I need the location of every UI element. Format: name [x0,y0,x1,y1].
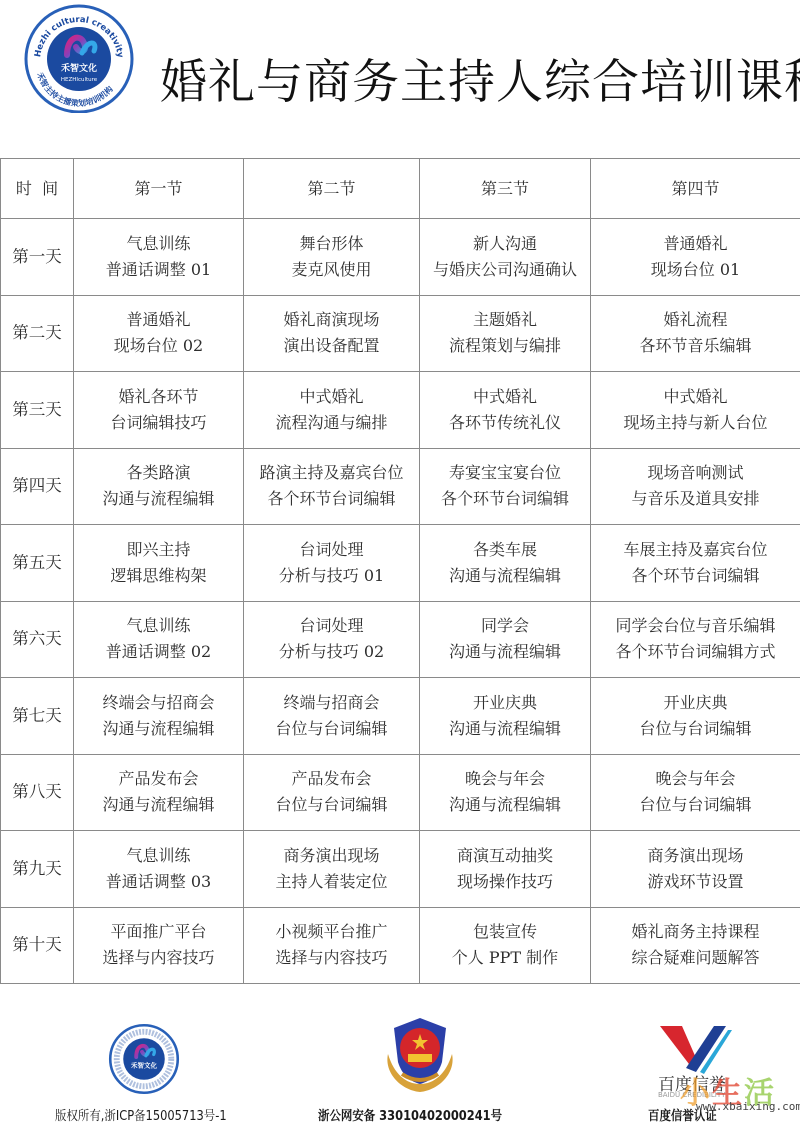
day-label: 第二天 [1,295,74,372]
session-cell: 晚会与年会沟通与流程编辑 [420,754,591,831]
session-cell: 舞台形体麦克风使用 [244,219,420,296]
day-label: 第七天 [1,678,74,755]
session-cell: 气息训练普通话调整 01 [74,219,244,296]
company-logo: Hezhi cultural creativity Co., Ltd 禾智主持主… [22,3,136,113]
session-cell: 气息训练普通话调整 02 [74,601,244,678]
session-cell: 婚礼各环节台词编辑技巧 [74,372,244,449]
table-row: 第三天 婚礼各环节台词编辑技巧 中式婚礼流程沟通与编排 中式婚礼各环节传统礼仪 … [1,372,800,449]
session-cell: 婚礼流程各环节音乐编辑 [591,295,800,372]
session-subtitle: 各个环节台词编辑 [591,563,800,589]
session-title: 即兴主持 [74,537,243,563]
session-title: 车展主持及嘉宾台位 [591,537,800,563]
day-label: 第十天 [1,907,74,984]
session-cell: 开业庆典沟通与流程编辑 [420,678,591,755]
session-subtitle: 选择与内容技巧 [244,945,419,971]
day-label: 第九天 [1,831,74,908]
day-label: 第三天 [1,372,74,449]
session-title: 路演主持及嘉宾台位 [244,460,419,486]
table-row: 第二天 普通婚礼现场台位 02 婚礼商演现场演出设备配置 主题婚礼流程策划与编排… [1,295,800,372]
day-label: 第五天 [1,525,74,602]
session-title: 舞台形体 [244,231,419,257]
session-subtitle: 现场操作技巧 [420,869,590,895]
session-title: 中式婚礼 [244,384,419,410]
day-label: 第六天 [1,601,74,678]
hezhi-logo-icon: Hezhi cultural creativity Co., Ltd 禾智主持主… [22,3,136,113]
session-cell: 终端与招商会台位与台词编辑 [244,678,420,755]
footer-copyright: 禾智文化 版权所有,浙ICP备15005713号-1 [55,1010,275,1127]
session-subtitle: 沟通与流程编辑 [74,792,243,818]
session-cell: 同学会沟通与流程编辑 [420,601,591,678]
session-subtitle: 分析与技巧 02 [244,639,419,665]
session-title: 商务演出现场 [244,843,419,869]
table-row: 第四天 各类路演沟通与流程编辑 路演主持及嘉宾台位各个环节台词编辑 寿宴宝宝宴台… [1,448,800,525]
hezhi-logo-small-icon: 禾智文化 [107,1022,181,1096]
session-cell: 中式婚礼各环节传统礼仪 [420,372,591,449]
baidu-credibility-logo-icon [656,1024,732,1074]
svg-text:禾智文化: 禾智文化 [131,1060,157,1069]
session-subtitle: 沟通与流程编辑 [74,716,243,742]
session-subtitle: 各个环节台词编辑 [420,486,590,512]
session-subtitle: 与婚庆公司沟通确认 [420,257,590,283]
session-title: 小视频平台推广 [244,919,419,945]
session-subtitle: 流程沟通与编排 [244,410,419,436]
session-subtitle: 逻辑思维构架 [74,563,243,589]
session-cell: 寿宴宝宝宴台位各个环节台词编辑 [420,448,591,525]
table-header-row: 时 间 第一节 第二节 第三节 第四节 [1,159,800,219]
session-title: 平面推广平台 [74,919,243,945]
table-row: 第九天 气息训练普通话调整 03 商务演出现场主持人着装定位 商演互动抽奖现场操… [1,831,800,908]
session-cell: 台词处理分析与技巧 02 [244,601,420,678]
session-cell: 商演互动抽奖现场操作技巧 [420,831,591,908]
table-row: 第七天 终端会与招商会沟通与流程编辑 终端与招商会台位与台词编辑 开业庆典沟通与… [1,678,800,755]
session-title: 中式婚礼 [591,384,800,410]
session-cell: 路演主持及嘉宾台位各个环节台词编辑 [244,448,420,525]
session-subtitle: 演出设备配置 [244,333,419,359]
session-cell: 产品发布会沟通与流程编辑 [74,754,244,831]
session-subtitle: 流程策划与编排 [420,333,590,359]
session-title: 晚会与年会 [420,766,590,792]
session-title: 婚礼流程 [591,307,800,333]
table-row: 第八天 产品发布会沟通与流程编辑 产品发布会台位与台词编辑 晚会与年会沟通与流程… [1,754,800,831]
session-cell: 各类车展沟通与流程编辑 [420,525,591,602]
session-subtitle: 台位与台词编辑 [244,716,419,742]
session-cell: 平面推广平台选择与内容技巧 [74,907,244,984]
page-header: Hezhi cultural creativity Co., Ltd 禾智主持主… [0,0,800,150]
session-subtitle: 普通话调整 01 [74,257,243,283]
column-header-session-1: 第一节 [74,159,244,219]
session-cell: 婚礼商务主持课程综合疑难问题解答 [591,907,800,984]
session-title: 各类路演 [74,460,243,486]
session-cell: 中式婚礼流程沟通与编排 [244,372,420,449]
session-cell: 车展主持及嘉宾台位各个环节台词编辑 [591,525,800,602]
session-cell: 主题婚礼流程策划与编排 [420,295,591,372]
session-cell: 新人沟通与婚庆公司沟通确认 [420,219,591,296]
session-title: 主题婚礼 [420,307,590,333]
session-subtitle: 普通话调整 02 [74,639,243,665]
copyright-text: 版权所有,浙ICP备15005713号-1 [55,1105,227,1124]
session-subtitle: 与音乐及道具安排 [591,486,800,512]
session-cell: 包装宣传个人 PPT 制作 [420,907,591,984]
column-header-session-4: 第四节 [591,159,800,219]
session-cell: 现场音响测试与音乐及道具安排 [591,448,800,525]
session-title: 新人沟通 [420,231,590,257]
session-cell: 同学会台位与音乐编辑各个环节台词编辑方式 [591,601,800,678]
session-subtitle: 游戏环节设置 [591,869,800,895]
session-cell: 开业庆典台位与台词编辑 [591,678,800,755]
page-title: 婚礼与商务主持人综合培训课程 [160,53,800,113]
day-label: 第四天 [1,448,74,525]
session-title: 婚礼各环节 [74,384,243,410]
session-subtitle: 个人 PPT 制作 [420,945,590,971]
session-cell: 中式婚礼现场主持与新人台位 [591,372,800,449]
session-cell: 普通婚礼现场台位 02 [74,295,244,372]
table-row: 第一天 气息训练普通话调整 01 舞台形体麦克风使用 新人沟通与婚庆公司沟通确认… [1,219,800,296]
session-cell: 产品发布会台位与台词编辑 [244,754,420,831]
session-title: 包装宣传 [420,919,590,945]
session-title: 台词处理 [244,613,419,639]
police-emblem-icon [380,1014,460,1094]
session-cell: 各类路演沟通与流程编辑 [74,448,244,525]
session-title: 终端与招商会 [244,690,419,716]
footer-police-record[interactable]: 浙公网安备 33010402000241号 [318,1010,538,1127]
session-subtitle: 沟通与流程编辑 [420,639,590,665]
session-cell: 商务演出现场游戏环节设置 [591,831,800,908]
day-label: 第八天 [1,754,74,831]
session-subtitle: 分析与技巧 01 [244,563,419,589]
session-title: 商务演出现场 [591,843,800,869]
column-header-time: 时 间 [1,159,74,219]
session-title: 同学会台位与音乐编辑 [591,613,800,639]
session-subtitle: 现场主持与新人台位 [591,410,800,436]
session-title: 寿宴宝宝宴台位 [420,460,590,486]
session-title: 气息训练 [74,231,243,257]
session-subtitle: 沟通与流程编辑 [420,792,590,818]
session-subtitle: 沟通与流程编辑 [74,486,243,512]
session-cell: 即兴主持逻辑思维构架 [74,525,244,602]
police-record-text: 浙公网安备 33010402000241号 [318,1105,502,1124]
session-subtitle: 台位与台词编辑 [591,716,800,742]
session-title: 台词处理 [244,537,419,563]
session-subtitle: 各环节音乐编辑 [591,333,800,359]
column-header-session-2: 第二节 [244,159,420,219]
session-title: 气息训练 [74,843,243,869]
session-subtitle: 现场台位 02 [74,333,243,359]
session-subtitle: 麦克风使用 [244,257,419,283]
session-subtitle: 普通话调整 03 [74,869,243,895]
session-title: 各类车展 [420,537,590,563]
session-title: 商演互动抽奖 [420,843,590,869]
svg-text:HEZHIculture: HEZHIculture [61,77,98,83]
course-schedule-table: 时 间 第一节 第二节 第三节 第四节 第一天 气息训练普通话调整 01 舞台形… [0,158,800,984]
session-subtitle: 各个环节台词编辑 [244,486,419,512]
session-cell: 终端会与招商会沟通与流程编辑 [74,678,244,755]
session-title: 开业庆典 [420,690,590,716]
table-row: 第五天 即兴主持逻辑思维构架 台词处理分析与技巧 01 各类车展沟通与流程编辑 … [1,525,800,602]
session-title: 产品发布会 [244,766,419,792]
session-title: 同学会 [420,613,590,639]
session-subtitle: 主持人着装定位 [244,869,419,895]
session-subtitle: 台词编辑技巧 [74,410,243,436]
session-subtitle: 沟通与流程编辑 [420,563,590,589]
session-title: 气息训练 [74,613,243,639]
session-cell: 台词处理分析与技巧 01 [244,525,420,602]
session-subtitle: 台位与台词编辑 [244,792,419,818]
session-title: 婚礼商演现场 [244,307,419,333]
session-title: 开业庆典 [591,690,800,716]
session-subtitle: 台位与台词编辑 [591,792,800,818]
session-cell: 气息训练普通话调整 03 [74,831,244,908]
session-subtitle: 各环节传统礼仪 [420,410,590,436]
column-header-session-3: 第三节 [420,159,591,219]
session-title: 普通婚礼 [591,231,800,257]
watermark-url: www.xbaixing.com [696,1100,800,1113]
session-subtitle: 选择与内容技巧 [74,945,243,971]
session-title: 中式婚礼 [420,384,590,410]
session-subtitle: 沟通与流程编辑 [420,716,590,742]
day-label: 第一天 [1,219,74,296]
svg-text:禾智文化: 禾智文化 [61,62,97,74]
session-cell: 普通婚礼现场台位 01 [591,219,800,296]
session-title: 现场音响测试 [591,460,800,486]
session-title: 终端会与招商会 [74,690,243,716]
session-cell: 晚会与年会台位与台词编辑 [591,754,800,831]
session-cell: 婚礼商演现场演出设备配置 [244,295,420,372]
session-subtitle: 综合疑难问题解答 [591,945,800,971]
session-subtitle: 各个环节台词编辑方式 [591,639,800,665]
table-row: 第十天 平面推广平台选择与内容技巧 小视频平台推广选择与内容技巧 包装宣传个人 … [1,907,800,984]
table-row: 第六天 气息训练普通话调整 02 台词处理分析与技巧 02 同学会沟通与流程编辑… [1,601,800,678]
session-title: 产品发布会 [74,766,243,792]
session-title: 晚会与年会 [591,766,800,792]
session-title: 普通婚礼 [74,307,243,333]
session-cell: 小视频平台推广选择与内容技巧 [244,907,420,984]
session-title: 婚礼商务主持课程 [591,919,800,945]
session-subtitle: 现场台位 01 [591,257,800,283]
session-cell: 商务演出现场主持人着装定位 [244,831,420,908]
